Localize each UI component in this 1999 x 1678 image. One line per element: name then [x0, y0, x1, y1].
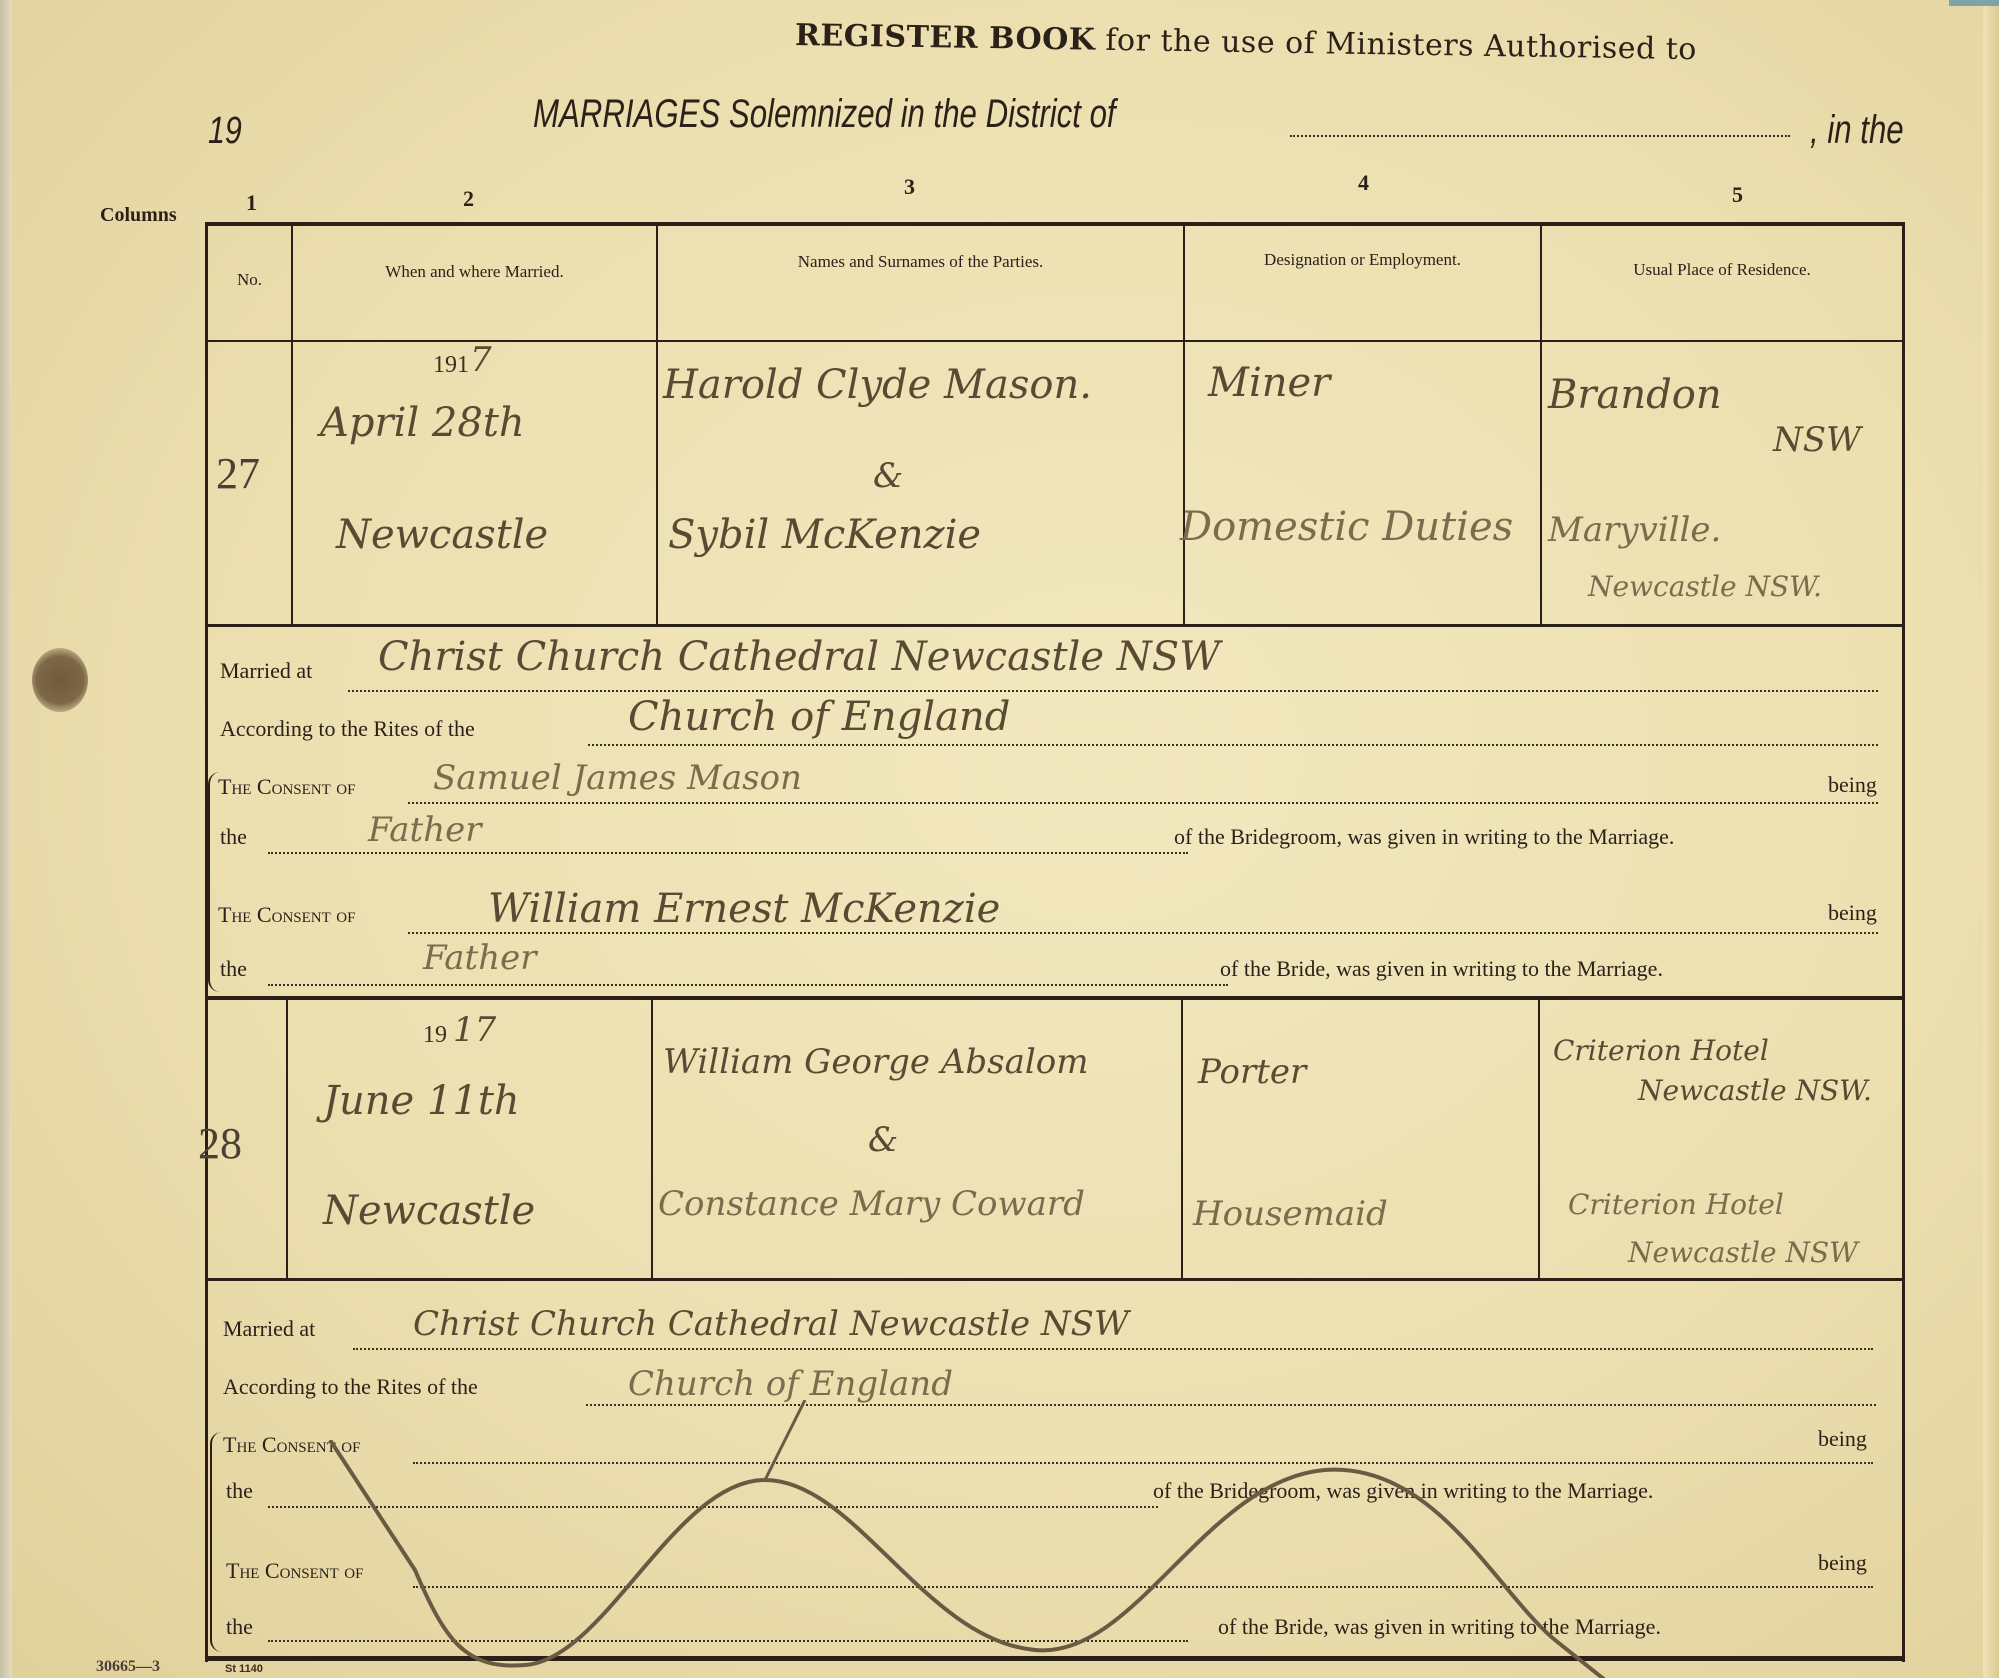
bride-employment: Domestic Duties: [1180, 504, 1513, 550]
groom-residence-line2: Newcastle NSW.: [1638, 1074, 1872, 1107]
groom-name: William George Absalom: [663, 1042, 1088, 1082]
the-label: the: [226, 1614, 253, 1640]
the-label: the: [220, 824, 247, 850]
being-label: being: [1828, 772, 1877, 798]
groom-consent-relation-field[interactable]: [268, 852, 1188, 854]
print-code: St 1140: [225, 1663, 263, 1675]
column-number-1: 1: [246, 190, 257, 216]
groom-consent-name-field[interactable]: [408, 802, 1878, 804]
page-right-edge: [1983, 0, 1999, 1678]
entry-date: June 11th: [323, 1078, 520, 1124]
page-left-edge: [0, 0, 12, 1678]
being-label: being: [1818, 1426, 1867, 1452]
entry-year-handwritten: 7: [470, 340, 492, 380]
rites-stroke-icon: [205, 1400, 1205, 1480]
groom-name: Harold Clyde Mason.: [663, 362, 1092, 408]
column-number-2: 2: [463, 186, 474, 212]
married-at-label: Married at: [223, 1316, 315, 1342]
background-corner: [1949, 0, 1999, 6]
col-divider-1: [286, 1000, 288, 1280]
married-at-value: Christ Church Cathedral Newcastle NSW: [413, 1304, 1129, 1344]
entry-divider: [208, 996, 1902, 1000]
rites-value: Church of England: [628, 1364, 953, 1404]
rites-field[interactable]: [588, 744, 1878, 746]
bride-consent-name-field[interactable]: [408, 932, 1878, 934]
form-code: 30665—3: [96, 1658, 160, 1676]
the-label: the: [226, 1478, 253, 1504]
entry-number: 27: [216, 448, 260, 499]
table-bottom-border: [208, 1656, 1902, 1661]
bride-consent-label: The Consent of: [226, 1558, 363, 1584]
column-number-3: 3: [904, 174, 915, 200]
ink-stain: [32, 648, 88, 712]
entry-year-handwritten: 17: [453, 1010, 496, 1050]
bride-consent-label: The Consent of: [218, 902, 355, 928]
entry-number: 28: [198, 1118, 242, 1169]
bride-residence-line2: Newcastle NSW.: [1588, 570, 1822, 603]
being-label: being: [1828, 900, 1877, 926]
married-at-label: Married at: [220, 658, 312, 684]
rites-label: According to the Rites of the: [220, 716, 475, 742]
bride-consent-relation: Father: [423, 938, 537, 978]
bride-residence-line1: Criterion Hotel: [1568, 1188, 1784, 1221]
conjunction: &: [873, 456, 903, 496]
groom-consent-relation: Father: [368, 810, 482, 850]
groom-residence-line1: Brandon: [1548, 372, 1722, 418]
entry-place: Newcastle: [336, 512, 548, 558]
col-divider-2: [651, 1000, 653, 1280]
entry-date: April 28th: [320, 400, 525, 446]
being-label: being: [1818, 1550, 1867, 1576]
rites-label: According to the Rites of the: [223, 1374, 478, 1400]
subtitle-end: , in the: [1810, 108, 1904, 153]
col-divider-2: [656, 226, 658, 626]
column-header-residence: Usual Place of Residence.: [1542, 260, 1902, 280]
groom-consent-label: The Consent of: [218, 774, 355, 800]
column-header-employment: Designation or Employment.: [1185, 250, 1540, 270]
bride-consent-tail: of the Bride, was given in writing to th…: [1220, 956, 1663, 982]
groom-consent-name: Samuel James Mason: [433, 758, 802, 798]
entry-27-cells-divider: [208, 624, 1902, 627]
title-rest: for the use of Ministers Authorised to: [1105, 23, 1697, 67]
bride-name: Sybil McKenzie: [668, 512, 981, 558]
groom-consent-tail: of the Bridegroom, was given in writing …: [1153, 1478, 1653, 1504]
bride-employment: Housemaid: [1193, 1194, 1388, 1234]
columns-label: Columns: [100, 204, 177, 227]
column-header-names: Names and Surnames of the Parties.: [658, 252, 1183, 272]
married-at-field[interactable]: [353, 1348, 1873, 1350]
groom-consent-relation-field[interactable]: [268, 1506, 1158, 1508]
column-header-no: No.: [208, 270, 291, 290]
col-divider-3: [1183, 226, 1185, 626]
bride-consent-tail: of the Bride, was given in writing to th…: [1218, 1614, 1661, 1640]
groom-residence-line1: Criterion Hotel: [1553, 1034, 1769, 1067]
entry-28-cells-divider: [208, 1278, 1902, 1281]
entry-year-printed: 191: [433, 352, 469, 379]
groom-residence-line2: NSW: [1773, 420, 1861, 460]
entry-year-printed: 19: [423, 1022, 447, 1049]
col-divider-3: [1181, 1000, 1183, 1280]
married-at-value: Christ Church Cathedral Newcastle NSW: [378, 634, 1220, 680]
groom-employment: Miner: [1208, 360, 1330, 406]
column-header-when-where: When and where Married.: [293, 262, 656, 282]
conjunction: &: [868, 1120, 898, 1160]
bride-consent-name-field[interactable]: [413, 1586, 1873, 1588]
bride-residence-line1: Maryville.: [1548, 510, 1721, 550]
bride-name: Constance Mary Coward: [658, 1184, 1085, 1224]
col-divider-4: [1538, 1000, 1540, 1280]
column-number-5: 5: [1732, 182, 1743, 208]
page-subtitle: MARRIAGES Solemnized in the District of: [533, 92, 1116, 137]
bride-consent-name: William Ernest McKenzie: [488, 886, 1000, 932]
district-field[interactable]: [1290, 135, 1790, 137]
page-number: 19: [208, 110, 242, 153]
header-divider: [208, 340, 1902, 342]
entry-place: Newcastle: [323, 1188, 535, 1234]
bride-consent-relation-field[interactable]: [268, 984, 1228, 986]
the-label: the: [220, 956, 247, 982]
table-top-border: [208, 222, 1902, 226]
groom-employment: Porter: [1198, 1052, 1306, 1092]
groom-consent-tail: of the Bridegroom, was given in writing …: [1174, 824, 1674, 850]
married-at-field[interactable]: [348, 690, 1878, 692]
title-caps: REGISTER BOOK: [795, 18, 1096, 58]
register-page: REGISTER BOOK for the use of Ministers A…: [0, 0, 1999, 1678]
register-title: REGISTER BOOK for the use of Ministers A…: [795, 18, 1697, 67]
bride-residence-line2: Newcastle NSW: [1628, 1236, 1858, 1269]
col-divider-4: [1540, 226, 1542, 626]
bride-consent-relation-field[interactable]: [268, 1640, 1188, 1642]
rites-value: Church of England: [628, 694, 1010, 740]
column-number-4: 4: [1358, 170, 1369, 196]
col-divider-1: [291, 226, 293, 626]
